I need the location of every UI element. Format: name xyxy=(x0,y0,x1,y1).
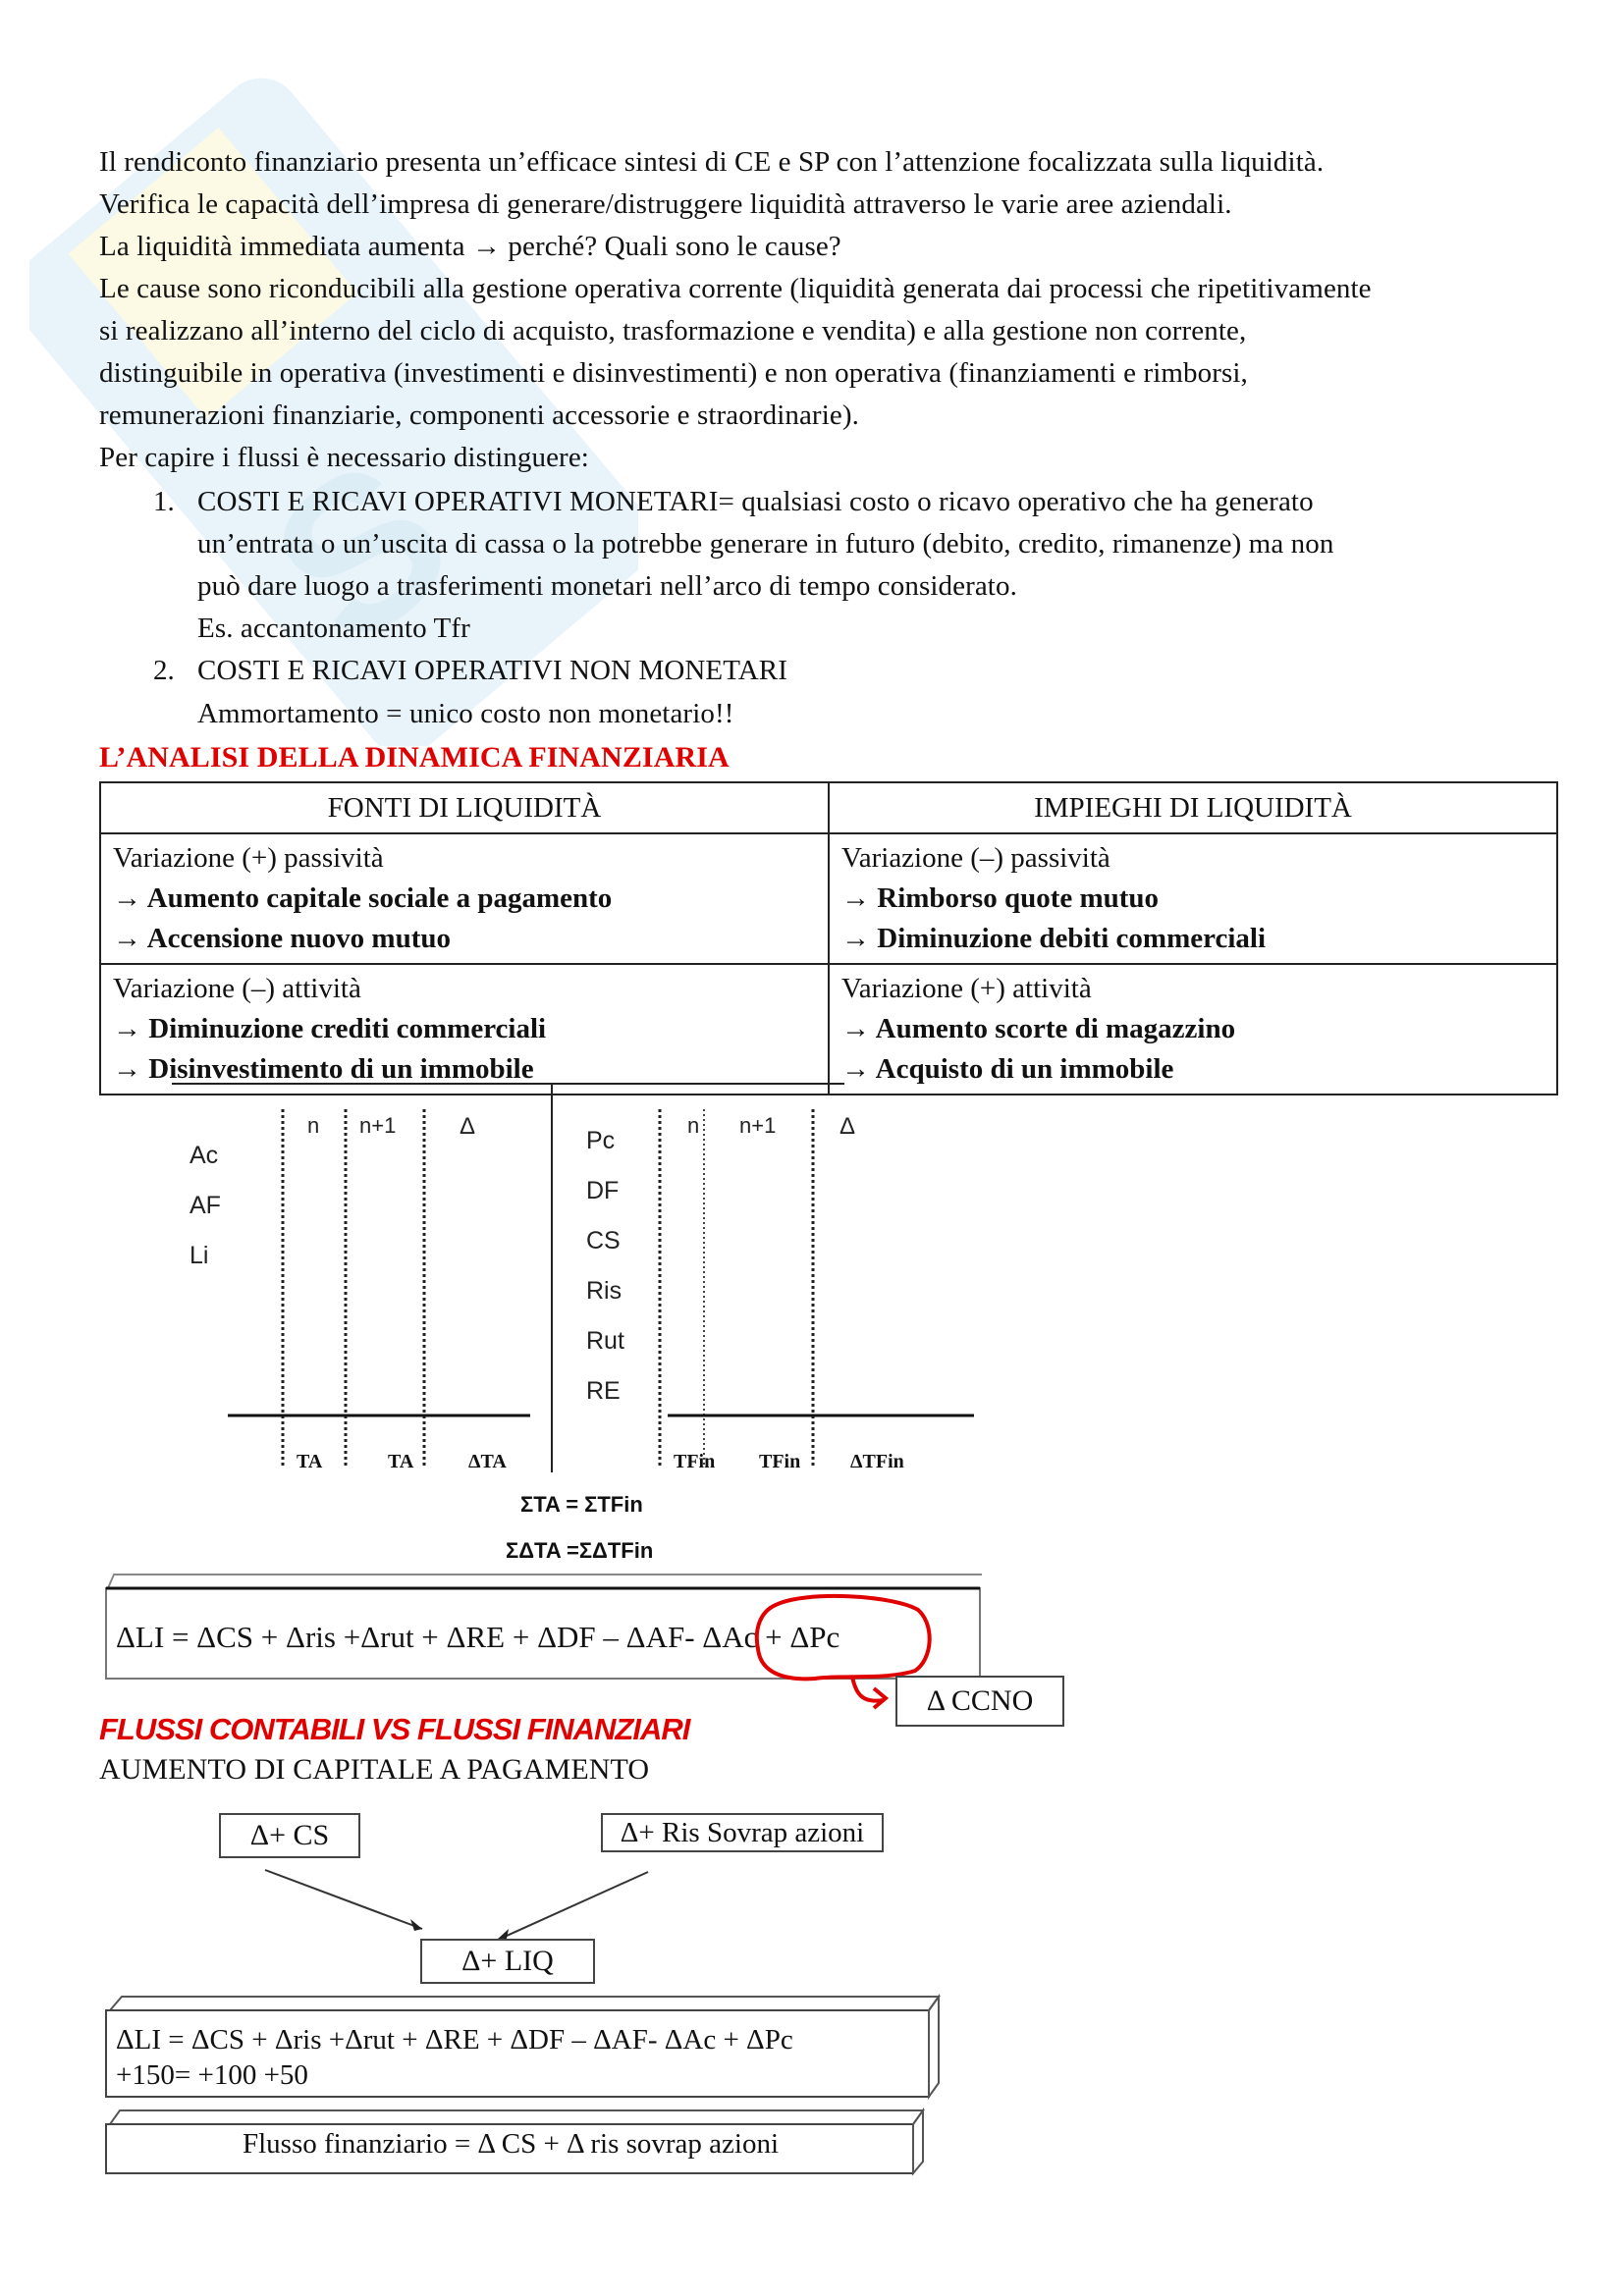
intro-line-8: Per capire i flussi è necessario disting… xyxy=(99,437,589,479)
section-title-dinamica: L’ANALISI DELLA DINAMICA FINANZIARIA xyxy=(99,736,730,778)
flusso-finanziario: Flusso finanziario = Δ CS + Δ ris sovrap… xyxy=(108,2128,913,2161)
footer-tfin-n1: TFin xyxy=(759,1451,800,1473)
liquidity-table: FONTI DI LIQUIDITÀ IMPIEGHI DI LIQUIDITÀ… xyxy=(99,781,1558,1095)
header-impieghi: IMPIEGHI DI LIQUIDITÀ xyxy=(829,782,1557,833)
row-label-ris: Ris xyxy=(586,1277,622,1306)
formula-main-part: ΔLI = ΔCS + Δris +Δrut + ΔRE + ΔDF – ΔAF… xyxy=(116,1620,702,1654)
cell-label: Variazione (–) passività xyxy=(841,838,1544,879)
formula-2-line-2: +150= +100 +50 xyxy=(116,2057,308,2093)
row-label-rut: Rut xyxy=(586,1327,624,1356)
list-item-1-line-3: può dare luogo a trasferimenti monetari … xyxy=(197,565,1017,608)
table-row: Variazione (+) passività → Aumento capit… xyxy=(100,833,1557,964)
list-number-1: 1. xyxy=(153,481,175,523)
intro-line-5: si realizzano all’interno del ciclo di a… xyxy=(99,310,1246,352)
header-fonti: FONTI DI LIQUIDITÀ xyxy=(100,782,829,833)
section-subtitle-aumento: AUMENTO DI CAPITALE A PAGAMENTO xyxy=(99,1748,649,1790)
cell-item: → Rimborso quote mutuo xyxy=(841,879,1544,919)
col-label-delta: Δ xyxy=(460,1113,475,1141)
list-item-1-line-2: un’entrata o un’uscita di cassa o la pot… xyxy=(197,523,1333,565)
list-item-2-line-2: Ammortamento = unico costo non monetario… xyxy=(197,693,733,735)
footer-ta-n1: TA xyxy=(388,1451,413,1473)
col-label-n-right: n xyxy=(687,1113,699,1139)
box-delta-ris-sovrap: Δ+ Ris Sovrap azioni xyxy=(601,1813,884,1852)
row-label-df: DF xyxy=(586,1177,619,1205)
table-cell: Variazione (+) passività → Aumento capit… xyxy=(100,833,829,964)
equation-sum-delta-ta: ΣΔTA =ΣΔTFin xyxy=(506,1538,653,1564)
intro-line-3: La liquidità immediata aumenta → perché?… xyxy=(99,226,841,268)
footer-ta-n: TA xyxy=(297,1451,322,1473)
col-label-delta-right: Δ xyxy=(839,1113,855,1141)
row-label-af: AF xyxy=(189,1192,221,1220)
intro-line-7: remunerazioni finanziarie, componenti ac… xyxy=(99,395,859,437)
schema-diagram xyxy=(0,1080,1624,1492)
cell-item: → Aumento capitale sociale a pagamento xyxy=(113,879,816,919)
formula-delta-li: ΔLI = ΔCS + Δris +Δrut + ΔRE + ΔDF – ΔAF… xyxy=(116,1620,839,1655)
intro-line-1: Il rendiconto finanziario presenta un’ef… xyxy=(99,141,1324,184)
col-label-n1: n+1 xyxy=(359,1113,396,1139)
cell-item: → Aumento scorte di magazzino xyxy=(841,1009,1544,1049)
row-label-re: RE xyxy=(586,1377,621,1406)
col-label-n: n xyxy=(307,1113,319,1139)
footer-delta-tfin: ΔTFin xyxy=(850,1451,904,1473)
list-number-2: 2. xyxy=(153,650,175,692)
cell-item: → Diminuzione crediti commerciali xyxy=(113,1009,816,1049)
col-label-n1-right: n+1 xyxy=(739,1113,776,1139)
row-label-pc: Pc xyxy=(586,1127,615,1155)
cell-label: Variazione (+) attività xyxy=(841,969,1544,1009)
table-cell: Variazione (–) passività → Rimborso quot… xyxy=(829,833,1557,964)
list-item-1-line-1: COSTI E RICAVI OPERATIVI MONETARI= quals… xyxy=(197,481,1314,523)
footer-delta-ta: ΔTA xyxy=(468,1451,507,1473)
row-label-li: Li xyxy=(189,1242,208,1270)
intro-line-2: Verifica le capacità dell’impresa di gen… xyxy=(99,184,1232,226)
table-cell: Variazione (–) attività → Diminuzione cr… xyxy=(100,964,829,1095)
formula-2-line-1: ΔLI = ΔCS + Δris +Δrut + ΔRE + ΔDF – ΔAF… xyxy=(116,2022,793,2057)
intro-line-4: Le cause sono riconducibili alla gestion… xyxy=(99,268,1372,310)
list-item-1-line-4: Es. accantonamento Tfr xyxy=(197,608,470,650)
equation-sum-ta: ΣTA = ΣTFin xyxy=(520,1492,643,1518)
table-row: Variazione (–) attività → Diminuzione cr… xyxy=(100,964,1557,1095)
box-delta-liq: Δ+ LIQ xyxy=(420,1939,595,1984)
cell-label: Variazione (+) passività xyxy=(113,838,816,879)
cell-item: → Accensione nuovo mutuo xyxy=(113,919,816,959)
footer-tfin-n: TFin xyxy=(674,1451,715,1473)
cell-label: Variazione (–) attività xyxy=(113,969,816,1009)
ccno-box: Δ CCNO xyxy=(895,1676,1064,1727)
row-label-ac: Ac xyxy=(189,1142,218,1170)
cell-item: → Diminuzione debiti commerciali xyxy=(841,919,1544,959)
intro-line-6: distinguibile in operativa (investimenti… xyxy=(99,352,1248,395)
row-label-cs: CS xyxy=(586,1227,621,1255)
table-cell: Variazione (+) attività → Aumento scorte… xyxy=(829,964,1557,1095)
list-item-2-line-1: COSTI E RICAVI OPERATIVI NON MONETARI xyxy=(197,650,787,692)
section-title-flussi: FLUSSI CONTABILI VS FLUSSI FINANZIARI xyxy=(99,1708,689,1750)
box-delta-cs: Δ+ CS xyxy=(219,1813,360,1858)
